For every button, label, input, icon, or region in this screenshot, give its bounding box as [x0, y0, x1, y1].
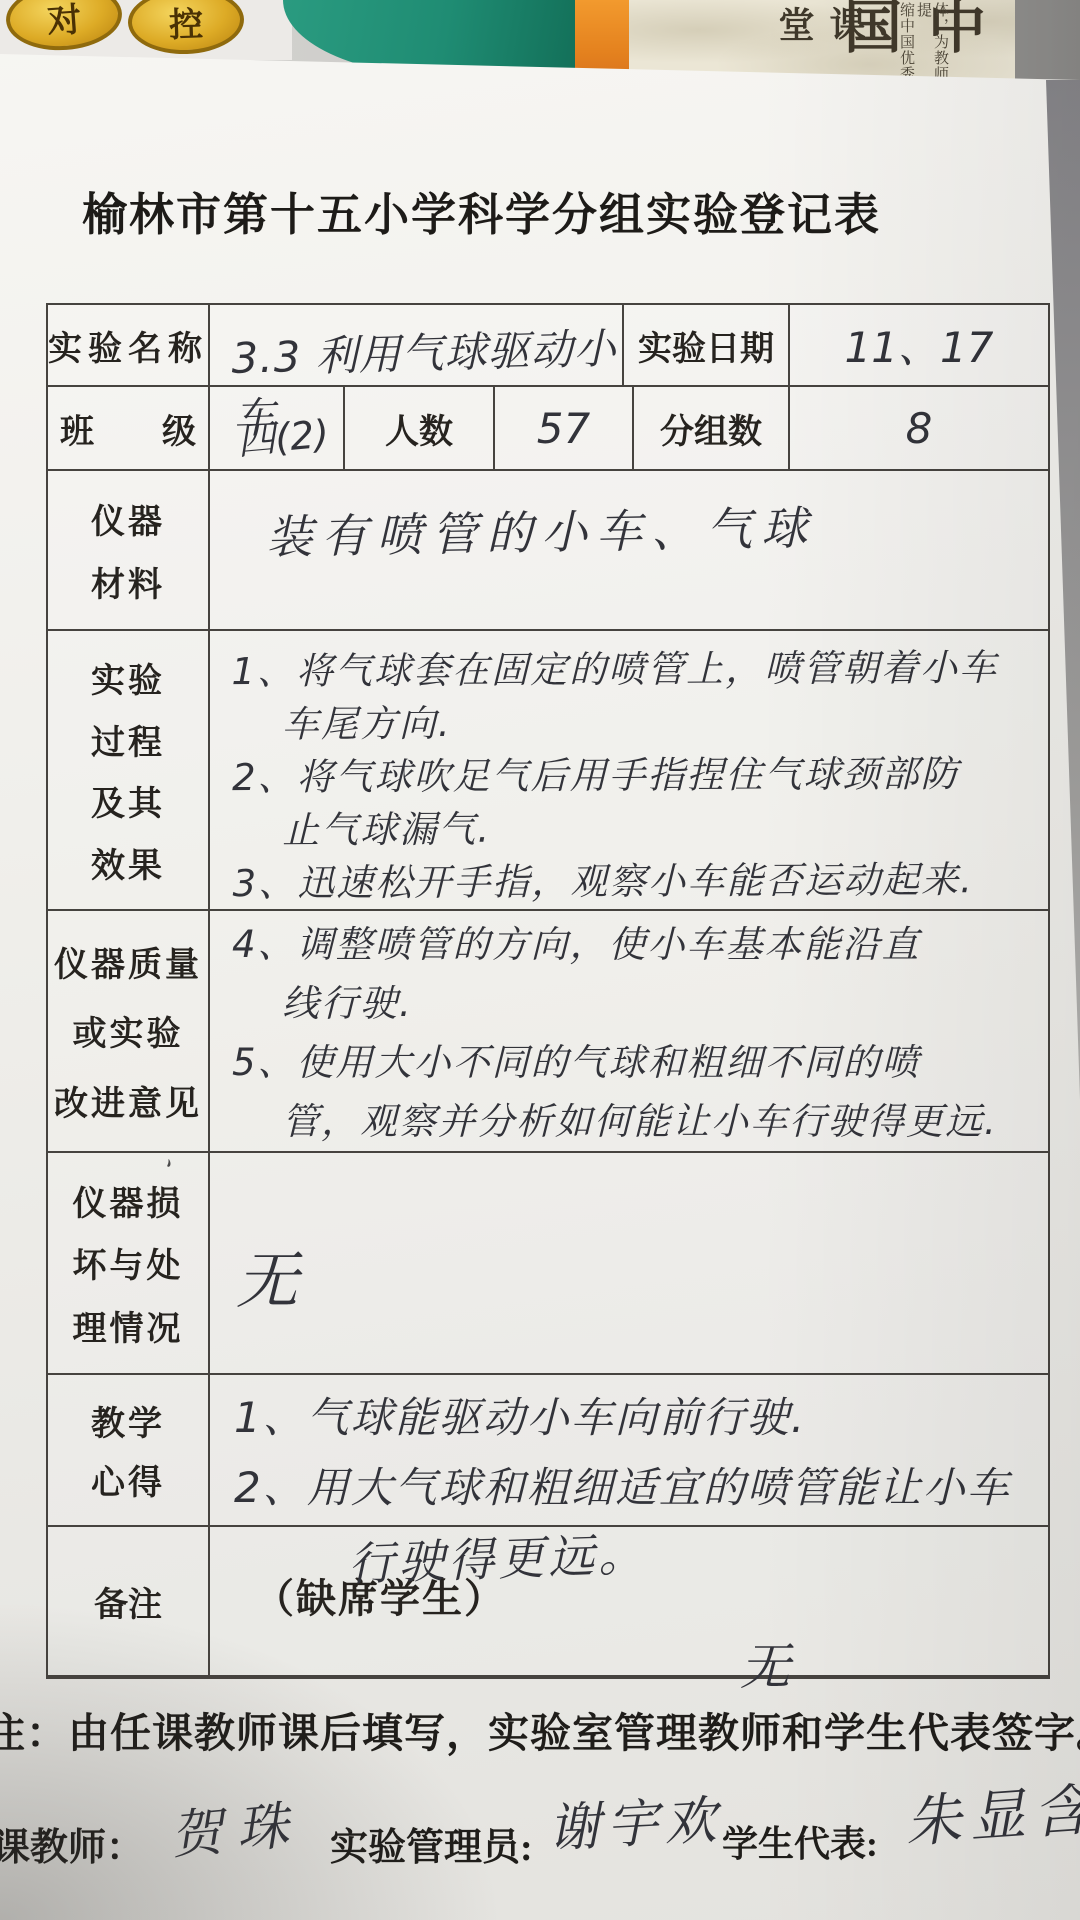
lab-manager-signature-label: 实验管理员:: [330, 1816, 533, 1871]
value-process: 1、将气球套在固定的喷管上，喷管朝着小车车尾方向.2、将气球吹足气后用手指捏住气…: [210, 631, 1048, 909]
label-improvement: 仪器质量或实验改进意见: [48, 911, 210, 1151]
footer-note: 注：由任课教师课后填写，实验室管理教师和学生代表签字。: [0, 1700, 1080, 1759]
handwriting: 1、将气球套在固定的喷管上，喷管朝着小车车尾方向.2、将气球吹足气后用手指捏住气…: [209, 629, 1048, 910]
teacher-signature: 贺珠: [167, 1782, 305, 1868]
handwriting: 11、17: [790, 305, 1048, 385]
book-side-text-col: 缩中国优秀: [897, 2, 914, 82]
label-process: 实验过程及其效果: [48, 631, 210, 909]
label-materials: 仪器材料: [48, 471, 210, 629]
handwriting: 装有喷管的小车、气球: [209, 464, 1048, 569]
handwriting: 四(2): [207, 381, 346, 467]
value-group-count: 8: [790, 387, 1048, 469]
teacher-signature-label: 任课教师：: [0, 1816, 144, 1871]
value-improvement: 4、调整喷管的方向，使小车基本能沿直线行驶.5、使用大小不同的气球和粗细不同的喷…: [210, 911, 1048, 1151]
label-class: 班 级: [48, 387, 210, 469]
gold-badge-char: 控: [168, 0, 204, 46]
gold-badge: 对: [4, 0, 124, 54]
label-experiment-date: 实验日期: [624, 305, 790, 385]
form-title: 榆林市第十五小学科学分组实验登记表: [82, 178, 881, 243]
handwriting: 1、气球能驱动小车向前行驶.2、用大气球和粗细适宜的喷管能让小车: [210, 1375, 1048, 1523]
value-reflection: 1、气球能驱动小车向前行驶.2、用大气球和粗细适宜的喷管能让小车: [210, 1375, 1048, 1525]
handwriting: 无: [210, 1153, 1048, 1320]
row-improvement: 仪器质量或实验改进意见 4、调整喷管的方向，使小车基本能沿直线行驶.5、使用大小…: [48, 911, 1048, 1153]
value-experiment-date: 11、17: [790, 305, 1048, 385]
row-experiment-name: 实验名称 3.3 利用气球驱动小车 实验日期 11、17: [48, 305, 1048, 387]
label-remarks: 备注: [48, 1527, 210, 1675]
lab-manager-signature: 谢宇欢: [546, 1777, 724, 1861]
row-process: 实验过程及其效果 1、将气球套在固定的喷管上，喷管朝着小车车尾方向.2、将气球吹…: [48, 631, 1048, 911]
row-class-info: 班 级 四(2) 人数 57 分组数 8: [48, 387, 1048, 471]
handwriting: 8: [790, 387, 1048, 469]
label-student-count: 人数: [345, 387, 495, 469]
label-group-count: 分组数: [634, 387, 790, 469]
gold-badge: 控: [127, 0, 245, 56]
value-materials: 装有喷管的小车、气球: [210, 471, 1048, 629]
row-materials: 仪器材料 装有喷管的小车、气球: [48, 471, 1048, 631]
handwriting: 57: [495, 387, 632, 469]
photo-of-form: 对 控 课堂 中国 体，为教师提 缩中国优秀 榆林市第十五小学科学分组实验登记表…: [0, 0, 1080, 1920]
book-side-text: 体，为教师提 缩中国优秀: [897, 2, 948, 86]
value-damage: 无: [210, 1153, 1048, 1373]
label-reflection: 教学心得: [48, 1375, 210, 1525]
value-experiment-name: 3.3 利用气球驱动小车: [210, 305, 624, 385]
row-damage: 仪器损坏与处理情况 无: [48, 1153, 1048, 1375]
remarks-none-handwriting: 无: [740, 1627, 790, 1699]
value-student-count: 57: [495, 387, 634, 469]
student-rep-signature: 朱显含: [902, 1765, 1080, 1858]
handwriting: 4、调整喷管的方向，使小车基本能沿直线行驶.5、使用大小不同的气球和粗细不同的喷…: [210, 911, 1048, 1151]
experiment-table: 实验名称 3.3 利用气球驱动小车 实验日期 11、17 班 级 四(2) 人数…: [46, 303, 1050, 1679]
gold-badge-char: 对: [45, 0, 82, 43]
label-damage: 仪器损坏与处理情况: [48, 1153, 210, 1373]
student-rep-signature-label: 学生代表:: [722, 1816, 878, 1867]
book-side-text-col: 体，为教师提: [914, 2, 948, 86]
handwriting-overflow: 行驶得更远。: [347, 1518, 649, 1594]
value-class: 四(2): [210, 387, 345, 469]
row-reflection: 教学心得 1、气球能驱动小车向前行驶.2、用大气球和粗细适宜的喷管能让小车: [48, 1375, 1048, 1527]
label-experiment-name: 实验名称: [48, 305, 210, 385]
book-white-cover: 对 控: [0, 0, 292, 60]
